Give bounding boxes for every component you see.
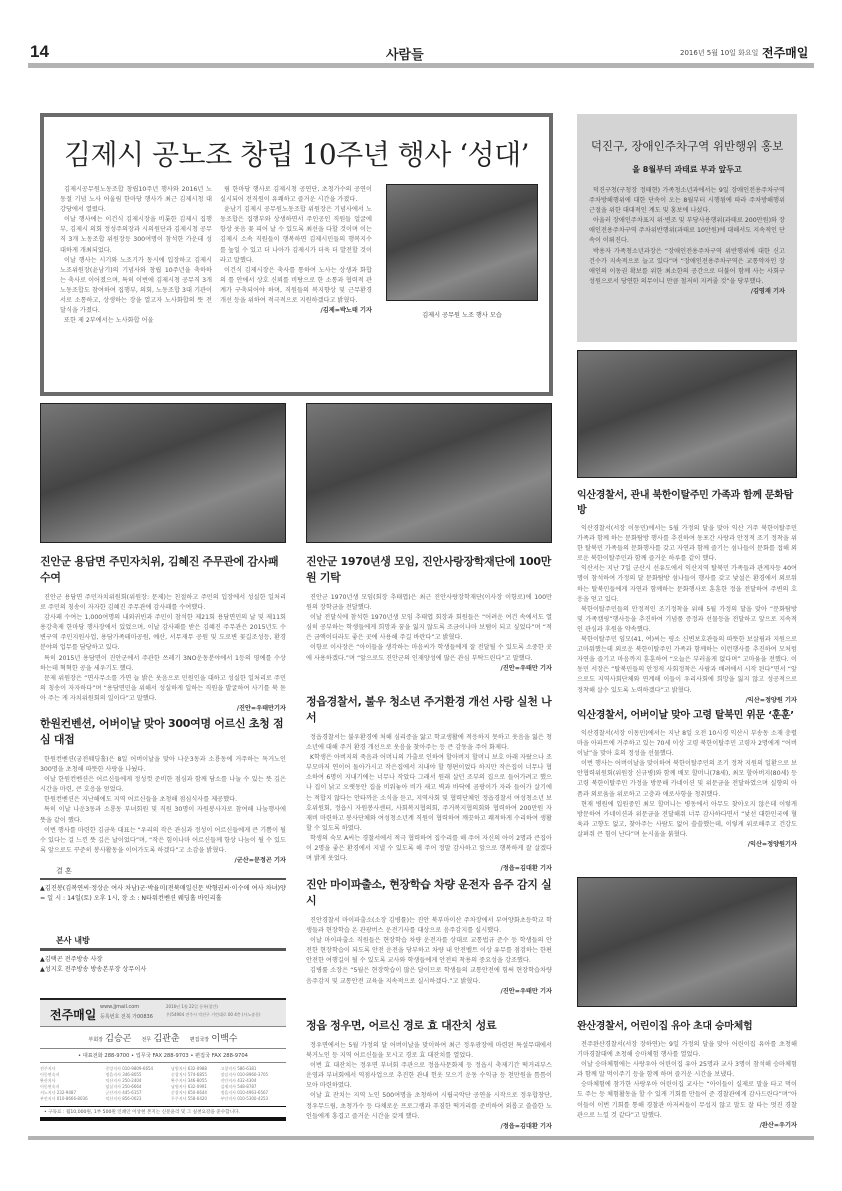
byline: /진안=우태만 기자 [306, 664, 552, 674]
byline: /완산=우기자 [577, 1121, 797, 1131]
paragraph: 이번 행사는 어버이날을 맞이하여 북한이탈주민의 조기 정착 지원의 일환으로… [577, 759, 797, 799]
feature-headline: 김제시 공노조 창립 10주년 행사 ‘성대’ [44, 133, 549, 173]
wedding-label: 결 혼 [40, 866, 86, 878]
article-jeongeup-police: 정읍경찰서, 불우 청소년 주거환경 개선 사랑 실천 나서 정읍경찰서는 불우… [306, 693, 552, 874]
byline: /정읍=김대환 기자 [306, 864, 552, 874]
article-headline: 정읍 정우면, 어르신 경로 효 대잔치 성료 [306, 1017, 552, 1033]
visitors-list: ▲김택곤 전주방송 사장 ▲성지호 전주방송 방송본부장 상무이사 [40, 955, 286, 975]
section-title: 사람들 [386, 44, 424, 63]
article-headline: 익산경찰서, 관내 북한이탈주민 가족과 함께 문화탐방 [577, 486, 797, 516]
officer-name: 김승곤 [105, 1034, 131, 1044]
paragraph: 한원컨벤션(궁전웨딩홀)은 8일 어버이날을 맞아 나운3동과 소룡동에 거주하… [40, 755, 286, 775]
paragraph: 아울러 장애인주차표지 위·변조 및 부당사용행위(과태료 200만원)와 장애… [589, 216, 785, 246]
horse-riding-photo [577, 877, 797, 1007]
divider [40, 948, 286, 951]
paragraph: 정우면에서는 5월 가정의 달 어버이날을 맞이하여 최근 정우광장에 마련된 … [306, 1041, 552, 1061]
paragraph: 이날 마이파출소 직원들은 현장학습 차량 운전자를 상대로 교통법규 준수 등… [306, 936, 552, 966]
bureau-table: 전주지사중앙지사 010-9809-6654남원지사 632-0988고창지사 … [40, 1066, 286, 1102]
paragraph: K학생은 아버지의 죽음과 어머니의 가출로 인하여 할아버지 할머니 보호 아… [306, 753, 552, 834]
paragraph: 승마체험에 참가한 사랑우아 어린이집 교사는 “아이들이 실제로 말을 타고 … [577, 1080, 797, 1120]
paragraph: 북한이탈주민들의 안정적인 조기정착을 위해 5월 가정의 달을 맞아 “문화탐… [577, 605, 797, 635]
feature-article: 김제시 공노조 창립 10주년 행사 ‘성대’ 김제시공무원노동조합 창립10주… [40, 113, 553, 396]
feature-column-1: 김제시공무원노동조합 창립10주년 행사와 2016년 노동절 기념 노사 어울… [60, 185, 212, 326]
paragraph: 전주완산경찰서(서장 장하연)는 9일 가정의 달을 맞아 어린이집 유아를 초… [577, 1040, 797, 1060]
colophon-reg: 등록번호 전북 가00836 [100, 1013, 153, 1020]
paragraph: 이날 전달식에 참석한 1970년생 모임 추태엽 회장과 회원들은 “어려운 … [306, 613, 552, 643]
paragraph: 문제 위원장은 “면사무소를 가면 늘 밝은 웃음으로 민원인을 대하고 성실한… [40, 674, 286, 704]
byline: /김제=박노태 기자 [220, 306, 372, 316]
article-body: 진안경찰서 마이파출소(소장 김병률)는 진안 북부마이산 주차장에서 부여양화… [306, 916, 552, 997]
issue-date: 2016년 5월 10일 화요일 [680, 48, 758, 58]
paragraph: 현재 병원에 입원중인 최모 할머니는 병동에서 아무도 찾아오지 않은데 이렇… [577, 800, 797, 840]
article-hanwon: 한원컨벤션, 어버이날 맞아 300여명 어르신 초청 점심 대접 한원컨벤션(… [40, 715, 286, 866]
colophon: 전주매일 www.jjmail.com 등록번호 전북 가00836 2016년… [40, 998, 286, 1121]
paragraph: 이항로 이사장은 “아이들을 생각하는 마음씨가 학생들에게 잘 전달될 수 있… [306, 643, 552, 663]
officer-name: 이백수 [211, 1034, 237, 1044]
feature-column-2: 림 한마당 행사로 김제시청 공연단, 초청가수의 공연이 실시되어 전직원이 … [220, 185, 372, 316]
article-jinan-1970: 진안군 1970년생 모임, 진안사랑장학재단에 100만원 기탁 진안군 19… [306, 553, 552, 674]
article-body: 전주완산경찰서(서장 장하연)는 9일 가정의 달을 맞아 어린이집 유아를 초… [577, 1040, 797, 1131]
colophon-logo: 전주매일 [50, 1006, 96, 1023]
page-number: 14 [30, 42, 49, 62]
bottom-rule [28, 1136, 814, 1140]
article-body: 진안군 용담면 주민자치위원회(위원장: 문제)는 친절하고 주민의 입장에서 … [40, 593, 286, 714]
side-body: 덕진구청(구청장 정태현) 가족청소년과에서는 9일 장애인전용주차구역 주차방… [589, 186, 785, 297]
visitors-notice: 본사 내방 ▲김택곤 전주방송 사장 ▲성지호 전주방송 방송본부장 상무이사 [40, 935, 286, 975]
article-headline: 진안군 용담면 주민자치위, 김혜진 주무관에 감사패 수여 [40, 553, 286, 585]
paragraph: 학생의 숙모 A씨는 경찰서에서 적극 협력하여 집수리를 해 주어 자신의 아… [306, 834, 552, 864]
masthead-rule [28, 63, 814, 68]
colophon-address: 우)54904 전주시 덕진구 기린대로 00 4층 (사노송동) [166, 1012, 282, 1018]
side-headline: 덕진구, 장애인주차구역 위반행위 홍보 [577, 138, 797, 154]
article-headline: 익산경찰서, 어버이날 맞아 고령 탈북민 위문 ‘훈훈’ [577, 706, 797, 721]
paragraph: 이날 행사에는 이건식 김제시장을 비롯한 김제시 집행부, 김제시 의회 정성… [60, 215, 212, 255]
byline: /진안=우태만 기자 [306, 987, 552, 997]
paragraph: 이날 승마체험에는 사랑우아 어린이집 유아 25명과 교사 3명이 참석해 승… [577, 1060, 797, 1080]
article-headline: 정읍경찰서, 불우 청소년 주거환경 개선 사랑 실천 나서 [306, 693, 552, 725]
colophon-url: www.jjmail.com [100, 1004, 139, 1010]
visitor-item: ▲김택곤 전주방송 사장 [40, 955, 286, 965]
paragraph: 정읍경찰서는 불우환경에 처해 심리증을 앓고 학교생활에 적응하지 못하고 웃… [306, 733, 552, 753]
paragraph: 이날 한원컨벤션은 어르신들에게 정성껏 준비한 점심과 함께 담소를 나눌 수… [40, 775, 286, 795]
donation-photo [306, 403, 552, 543]
paragraph: 이건식 김제시장은 축사를 통하여 노사는 상생과 화합의 틀 안에서 상호 신… [220, 266, 372, 306]
paragraph: 이번 행사를 마련한 김금욱 대표는 “우리의 작은 관심과 정성이 어르신들에… [40, 826, 286, 856]
paragraph: 이번 효 대잔치는 정우면 부녀회 주관으로 정읍사문화제 등 정읍시 축제기간… [306, 1061, 552, 1091]
wedding-notice: 결 혼 ▲김진봉(김복연씨·정상순 여사 차남)군·박율미(전북매일신문 박형권… [40, 866, 286, 904]
paragraph: 림 한마당 행사로 김제시청 공연단, 초청가수의 공연이 실시되어 전직원이 … [220, 185, 372, 205]
article-body: 정읍경찰서는 불우환경에 처해 심리증을 앓고 학교생활에 적응하지 못하고 웃… [306, 733, 552, 874]
byline: /진안=우태만기자 [40, 704, 286, 714]
article-wansan: 완산경찰서, 어린이집 유아 초대 승마체험 전주완산경찰서(서장 장하연)는 … [577, 1017, 797, 1131]
article-body: 익산경찰서(서장 이동민)에서는 지난 8일 오전 10시경 익산시 부송동 소… [577, 729, 797, 850]
paragraph: 특히 이날 나운3동과 소룡동 부녀회원 및 직원 30명이 자원봉사자로 참여… [40, 805, 286, 825]
colophon-footer: • 구독료 : 월10,000원, 1부 500원 인쇄인 이상현 본지는 신문… [40, 1106, 286, 1121]
article-headline: 한원컨벤션, 어버이날 맞아 300여명 어르신 초청 점심 대접 [40, 715, 286, 747]
divider [40, 878, 286, 880]
paragraph: 진안군 용담면 주민자치위원회(위원장: 문제)는 친절하고 주민의 입장에서 … [40, 593, 286, 613]
paragraph: 진안군 1970년생 모임(회장 추태엽)은 최근 진안사랑장학재단(이사장 이… [306, 593, 552, 613]
paragraph: 김제시공무원노동조합 창립10주년 행사와 2016년 노동절 기념 노사 어울… [60, 185, 212, 215]
article-headline: 완산경찰서, 어린이집 유아 초대 승마체험 [577, 1017, 797, 1032]
article-iksan-culture: 익산경찰서, 관내 북한이탈주민 가족과 함께 문화탐방 익산경찰서(서장 이동… [577, 486, 797, 706]
colophon-phones: • 대표전화 288-9700 • 업무국 FAX 288-9703 • 편집국… [40, 1048, 286, 1063]
article-body: 진안군 1970년생 모임(회장 추태엽)은 최근 진안사랑장학재단(이사장 이… [306, 593, 552, 674]
paragraph: 윤남기 김제시 공무원노동조합 위원장은 기념사에서 노동조합은 집행부와 상생… [220, 205, 372, 266]
photo-caption: 김제시 공무원 노조 행사 모습 [386, 310, 538, 319]
paragraph: 북한이탈주민 임모(41, 여)씨는 평소 신변보호관들의 따뜻한 보살핌과 지… [577, 635, 797, 696]
newspaper-brand: 전주매일 [762, 44, 808, 61]
paragraph: 박용자 가족청소년과장은 “장애인전용주차구역 위반행위에 대한 신고건수가 지… [589, 247, 785, 287]
paragraph: 익산경찰서(서장 이동민)에서는 지난 8일 오전 10시경 익산시 부송동 소… [577, 729, 797, 759]
officer-role: 편집국장 [190, 1037, 209, 1043]
side-box-article: 덕진구, 장애인주차구역 위반행위 홍보 올 8월부터 과태료 부과 앞두고 덕… [577, 114, 797, 342]
article-jeongu: 정읍 정우면, 어르신 경로 효 대잔치 성료 정우면에서는 5월 가정의 달 … [306, 1017, 552, 1132]
paragraph: 한원컨벤션은 지난해에도 지역 어르신들을 초청해 점심식사를 제공했다. [40, 795, 286, 805]
paragraph: 익산서는 지난 7일 군산시 선유도에서 익산지역 탈북민 가족들과 관계자등 … [577, 564, 797, 604]
feature-photo [386, 184, 538, 301]
visitor-item: ▲성지호 전주방송 방송본부장 상무이사 [40, 965, 286, 975]
colophon-header: 전주매일 www.jjmail.com 등록번호 전북 가00836 2016년… [40, 998, 286, 1026]
side-subheadline: 올 8월부터 과태료 부과 앞두고 [577, 164, 797, 175]
article-iksan-elderly: 익산경찰서, 어버이날 맞아 고령 탈북민 위문 ‘훈훈’ 익산경찰서(서장 이… [577, 706, 797, 850]
paragraph: 이날 행사는 시기와 노조기가 동시에 입장하고 김제시노조위원장(윤남기)의 … [60, 256, 212, 317]
article-maipa: 진안 마이파출소, 현장학습 차량 운전자 음주 감지 실시 진안경찰서 마이파… [306, 876, 552, 997]
paragraph: 또한 제 2부에서는 노사화합 어울 [60, 316, 212, 326]
article-headline: 진안 마이파출소, 현장학습 차량 운전자 음주 감지 실시 [306, 876, 552, 908]
article-body: 익산경찰서(서장 이동민)에서는 5월 가정의 달을 맞아 익산 거주 북한이탈… [577, 524, 797, 706]
visitors-label: 본사 내방 [40, 935, 286, 948]
table-row: 부안지사 010-8666-8036익산지사 856-0023무주지사 558-… [40, 1096, 286, 1102]
paragraph: 익산경찰서(서장 이동민)에서는 5월 가정의 달을 맞아 익산 거주 북한이탈… [577, 524, 797, 564]
award-photo [40, 403, 286, 543]
paragraph: 김병률 소장은 “5월은 현장학습이 많은 달이므로 학생들의 교통안전에 힘써… [306, 966, 552, 986]
paragraph: 진안경찰서 마이파출소(소장 김병률)는 진안 북부마이산 주차장에서 부여양화… [306, 916, 552, 936]
article-body: 한원컨벤션(궁전웨딩홀)은 8일 어버이날을 맞아 나운3동과 소룡동에 거주하… [40, 755, 286, 866]
officer-role: 전무 [142, 1037, 152, 1043]
colophon-founded: 2016년 1월 22일 등록(창간) [166, 1004, 218, 1010]
paragraph: 특히 2015년 용담면이 진안군에서 주관한 쓰레기 3NO운동분야에서 1등… [40, 654, 286, 674]
byline: /익산=정양원기자 [577, 840, 797, 850]
officer-name: 김관춘 [153, 1034, 179, 1044]
colophon-officers: 부회장 김승곤 전무 김관춘 편집국장 이백수 [40, 1026, 286, 1048]
byline: /정읍=김대환 기자 [306, 1122, 552, 1132]
wedding-text: ▲김진봉(김복연씨·정상순 여사 차남)군·박율미(전북매일신문 박형권씨·이수… [40, 884, 286, 904]
paragraph: 감사패 수여는 1,000여명의 내외귀빈과 주민이 참석한 제21회 용담면민… [40, 613, 286, 653]
officer-role: 부회장 [89, 1037, 104, 1043]
byline: /군산=문정곤 기자 [40, 856, 286, 866]
culture-tour-photo [577, 350, 797, 478]
byline: /익산=정양원 기자 [577, 696, 797, 706]
article-yongdam: 진안군 용담면 주민자치위, 김혜진 주무관에 감사패 수여 진안군 용담면 주… [40, 553, 286, 714]
paragraph: 이날 효 잔치는 지역 노인 500여명을 초청하여 시립국악단 공연을 시작으… [306, 1091, 552, 1121]
byline: /김영재 기자 [589, 287, 785, 297]
article-body: 정우면에서는 5월 가정의 달 어버이날을 맞이하여 최근 정우광장에 마련된 … [306, 1041, 552, 1132]
article-headline: 진안군 1970년생 모임, 진안사랑장학재단에 100만원 기탁 [306, 553, 552, 585]
paragraph: 덕진구청(구청장 정태현) 가족청소년과에서는 9일 장애인전용주차구역 주차방… [589, 186, 785, 216]
